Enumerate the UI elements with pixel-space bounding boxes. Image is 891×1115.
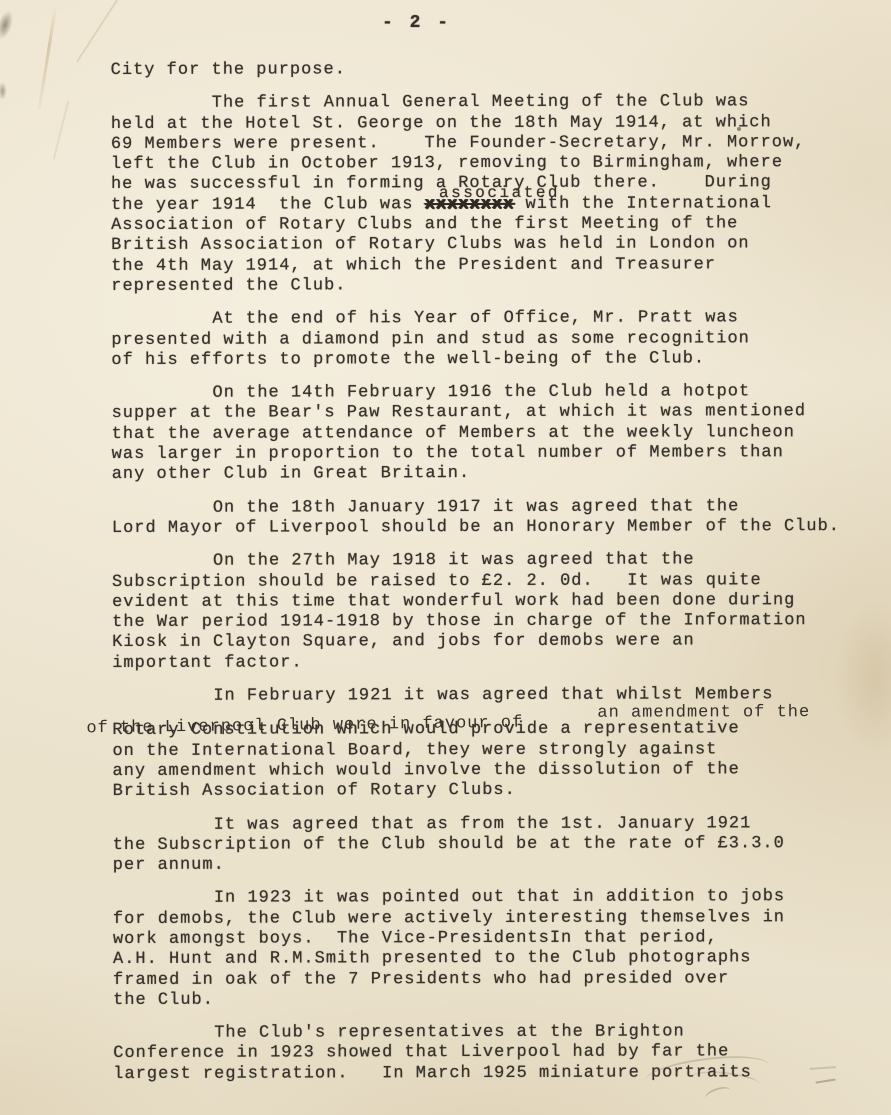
text-line: on the International Board, they were st… (112, 740, 852, 762)
text-line: 69 Members were present. The Founder-Sec… (111, 133, 851, 155)
text-line-with-correction: the year 1914 the Club was xxxxxxxx with… (111, 194, 851, 216)
paragraph-subscription-1921: It was agreed that as from the 1st. Janu… (113, 814, 853, 877)
text-line: the Club. (113, 989, 853, 1011)
text-line: presented with a diamond pin and stud as… (111, 329, 851, 351)
text-line: British Association of Rotary Clubs was … (111, 234, 851, 256)
text-line: Conference in 1923 showed that Liverpool… (113, 1042, 853, 1064)
text-line: On the 18th January 1917 it was agreed t… (112, 497, 852, 519)
paragraph-lord-mayor: On the 18th January 1917 it was agreed t… (112, 497, 852, 540)
text-line: City for the purpose. (111, 59, 851, 81)
paragraph-1923-boys-work: In 1923 it was pointed out that in addit… (113, 887, 853, 1011)
text-line: any other Club in Great Britain. (112, 463, 852, 485)
overstruck-line: of the Liverpool Club were in favour ofa… (112, 705, 852, 721)
opening-paragraph: City for the purpose. (111, 59, 851, 81)
text-line: It was agreed that as from the 1st. Janu… (113, 814, 853, 836)
typewritten-text: City for the purpose. The first Annual G… (111, 59, 854, 1098)
text-line: British Association of Rotary Clubs. (113, 780, 853, 802)
paragraph-first-agm: The first Annual General Meeting of the … (111, 92, 852, 297)
text-line: the Subscription of the Club should be a… (113, 834, 853, 856)
paragraph-hotpot-supper: On the 14th February 1916 the Club held … (111, 382, 851, 485)
text-line: supper at the Bear's Paw Restaurant, at … (112, 402, 852, 424)
paragraph-pratt: At the end of his Year of Office, Mr. Pr… (111, 308, 851, 371)
text-line: per annum. (113, 854, 853, 876)
page-number: - 2 - (0, 13, 833, 33)
raised-line-segment: an amendment of the (597, 703, 810, 724)
text-line: In 1923 it was pointed out that in addit… (113, 887, 853, 909)
paragraph-february-1921: In February 1921 it was agreed that whil… (112, 685, 852, 802)
text-line: was larger in proportion to the total nu… (112, 443, 852, 465)
edge-smudge (0, 82, 7, 100)
text-line: largest registration. In March 1925 mini… (113, 1063, 853, 1085)
text-line: the 4th May 1914, at which the President… (111, 255, 851, 277)
text-line: for demobs, the Club were actively inter… (113, 908, 853, 930)
interlinear-insertion: associated (439, 183, 560, 204)
text-line: evident at this time that wonderful work… (112, 591, 852, 613)
text-line: Lord Mayor of Liverpool should be an Hon… (112, 517, 852, 539)
text-line: framed in oak of the 7 Presidents who ha… (113, 969, 853, 991)
document-page: - 2 - City for the purpose. The first An… (0, 0, 891, 1115)
text-line: A.H. Hunt and R.M.Smith presented to the… (113, 948, 853, 970)
text-line: On the 14th February 1916 the Club held … (111, 382, 851, 404)
text-line: On the 27th May 1918 it was agreed that … (112, 550, 852, 572)
paragraph-subscription-1918: On the 27th May 1918 it was agreed that … (112, 550, 852, 674)
text-line: work amongst boys. The Vice-PresidentsIn… (113, 928, 853, 950)
paragraph-brighton-conference: The Club's representatives at the Bright… (113, 1022, 853, 1085)
text-line: At the end of his Year of Office, Mr. Pr… (111, 308, 851, 330)
text-line: that the average attendance of Members a… (112, 423, 852, 445)
text-line: the War period 1914-1918 by those in cha… (112, 611, 852, 633)
text-line: Association of Rotary Clubs and the firs… (111, 214, 851, 236)
text-line: represented the Club. (111, 275, 851, 297)
text-segment: the year 1914 the Club was (111, 195, 425, 215)
text-line: left the Club in October 1913, removing … (111, 153, 851, 175)
text-line: of his efforts to promote the well-being… (111, 349, 851, 371)
text-line: held at the Hotel St. George on the 18th… (111, 113, 851, 135)
text-line: Kiosk in Clayton Square, and jobs for de… (112, 631, 852, 653)
text-line: The Club's representatives at the Bright… (113, 1022, 853, 1044)
text-line: important factor. (112, 652, 852, 674)
text-line: any amendment which would involve the di… (112, 760, 852, 782)
text-line: Subscription should be raised to £2. 2. … (112, 571, 852, 593)
paper-crease (53, 101, 69, 160)
text-line: The first Annual General Meeting of the … (111, 92, 851, 114)
